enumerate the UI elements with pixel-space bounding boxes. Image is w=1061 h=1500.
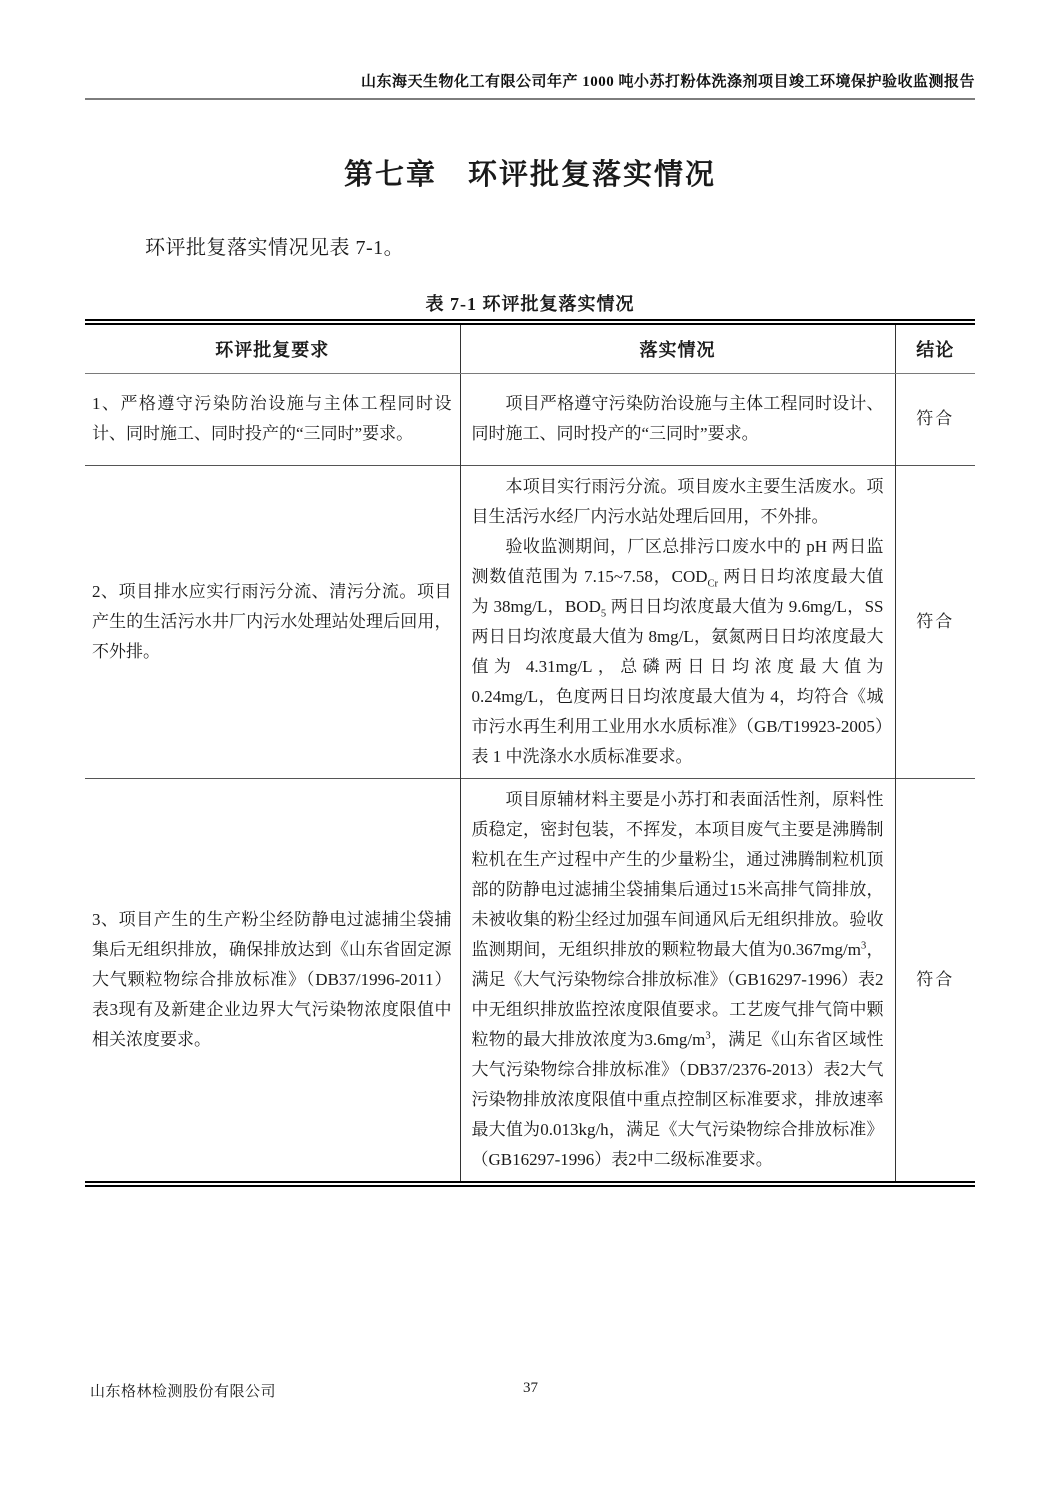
table-caption: 表 7-1 环评批复落实情况 bbox=[85, 290, 975, 316]
running-header-text: 山东海天生物化工有限公司年产 1000 吨小苏打粉体洗涤剂项目竣工环境保护验收监… bbox=[85, 70, 975, 91]
requirement-cell: 2、项目排水应实行雨污分流、清污分流。项目产生的生活污水井厂内污水处理站处理后回… bbox=[85, 465, 460, 778]
table-row: 3、项目产生的生产粉尘经防静电过滤捕尘袋捕集后无组织排放，确保排放达到《山东省固… bbox=[85, 778, 975, 1181]
conclusion-cell: 符合 bbox=[895, 465, 975, 778]
conclusion-cell: 符合 bbox=[895, 373, 975, 465]
approval-implementation-table: 环评批复要求 落实情况 结论 1、严格遵守污染防治设施与主体工程同时设计、同时施… bbox=[85, 319, 975, 1187]
column-header-requirement: 环评批复要求 bbox=[85, 325, 460, 373]
column-header-implementation: 落实情况 bbox=[460, 325, 895, 373]
table-header-row: 环评批复要求 落实情况 结论 bbox=[85, 325, 975, 373]
implementation-text: 验收监测期间，厂区总排污口废水中的 pH 两日监测数值范围为 7.15~7.58… bbox=[472, 532, 884, 772]
implementation-cell: 本项目实行雨污分流。项目废水主要生活废水。项目生活污水经厂内污水站处理后回用，不… bbox=[460, 465, 895, 778]
conclusion-cell: 符合 bbox=[895, 778, 975, 1181]
requirement-cell: 3、项目产生的生产粉尘经防静电过滤捕尘袋捕集后无组织排放，确保排放达到《山东省固… bbox=[85, 778, 460, 1181]
chapter-title: 第七章 环评批复落实情况 bbox=[85, 152, 975, 193]
implementation-text: 本项目实行雨污分流。项目废水主要生活废水。项目生活污水经厂内污水站处理后回用，不… bbox=[472, 472, 884, 532]
requirement-text: 2、项目排水应实行雨污分流、清污分流。项目产生的生活污水井厂内污水处理站处理后回… bbox=[92, 577, 452, 667]
requirement-text: 3、项目产生的生产粉尘经防静电过滤捕尘袋捕集后无组织排放，确保排放达到《山东省固… bbox=[92, 905, 452, 1055]
page-footer: 山东格林检测股份有限公司 37 bbox=[0, 1380, 1061, 1402]
report-page: 山东海天生物化工有限公司年产 1000 吨小苏打粉体洗涤剂项目竣工环境保护验收监… bbox=[0, 0, 1061, 1500]
requirement-cell: 1、严格遵守污染防治设施与主体工程同时设计、同时施工、同时投产的“三同时”要求。 bbox=[85, 373, 460, 465]
requirement-text: 1、严格遵守污染防治设施与主体工程同时设计、同时施工、同时投产的“三同时”要求。 bbox=[92, 389, 452, 449]
implementation-text: 项目严格遵守污染防治设施与主体工程同时设计、同时施工、同时投产的“三同时”要求。 bbox=[472, 389, 884, 449]
intro-paragraph: 环评批复落实情况见表 7-1。 bbox=[85, 231, 975, 260]
table-row: 2、项目排水应实行雨污分流、清污分流。项目产生的生活污水井厂内污水处理站处理后回… bbox=[85, 465, 975, 778]
implementation-text: 项目原辅材料主要是小苏打和表面活性剂，原料性质稳定，密封包装，不挥发，本项目废气… bbox=[472, 785, 884, 1175]
implementation-cell: 项目原辅材料主要是小苏打和表面活性剂，原料性质稳定，密封包装，不挥发，本项目废气… bbox=[460, 778, 895, 1181]
page-number: 37 bbox=[0, 1380, 1061, 1397]
table-row: 1、严格遵守污染防治设施与主体工程同时设计、同时施工、同时投产的“三同时”要求。… bbox=[85, 373, 975, 465]
running-header: 山东海天生物化工有限公司年产 1000 吨小苏打粉体洗涤剂项目竣工环境保护验收监… bbox=[85, 0, 975, 100]
implementation-cell: 项目严格遵守污染防治设施与主体工程同时设计、同时施工、同时投产的“三同时”要求。 bbox=[460, 373, 895, 465]
column-header-conclusion: 结论 bbox=[895, 325, 975, 373]
